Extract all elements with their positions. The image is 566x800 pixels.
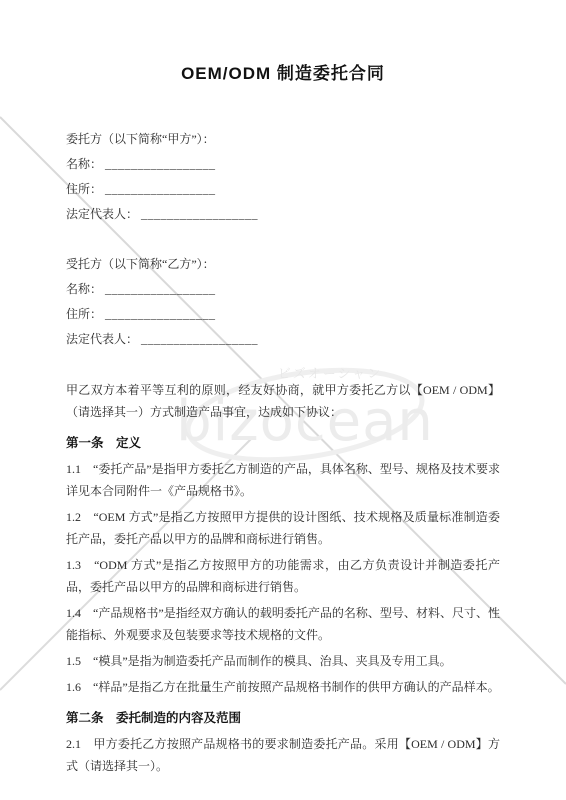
party-a-representative-row: 法定代表人： __________________ xyxy=(66,202,500,227)
party-a-representative-blank: __________________ xyxy=(141,207,258,221)
party-a-name-label: 名称： xyxy=(66,157,102,171)
party-a-name-blank: _________________ xyxy=(105,157,216,171)
document-content: OEM/ODM 制造委托合同 委托方（以下简称“甲方”）： 名称： ______… xyxy=(66,0,500,777)
party-a-address-row: 住所： _________________ xyxy=(66,177,500,202)
clause-2-1: 2.1 甲方委托乙方按照产品规格书的要求制造委托产品。采用【OEM / ODM】… xyxy=(66,733,500,777)
party-b-address-row: 住所： _________________ xyxy=(66,302,500,327)
party-a-heading: 委托方（以下简称“甲方”）： xyxy=(66,127,500,152)
party-b-name-row: 名称： _________________ xyxy=(66,277,500,302)
contract-document-page: ビズオーシャン bizocean OEM/ODM 制造委托合同 委托方（以下简称… xyxy=(0,0,566,800)
section-2-heading: 第二条 委托制造的内容及范围 xyxy=(66,707,500,729)
party-a-name-row: 名称： _________________ xyxy=(66,152,500,177)
party-b-representative-blank: __________________ xyxy=(141,332,258,346)
party-a-address-label: 住所： xyxy=(66,182,102,196)
clause-1-4: 1.4 “产品规格书”是指经双方确认的载明委托产品的名称、型号、材料、尺寸、性能… xyxy=(66,602,500,646)
section-1-heading: 第一条 定义 xyxy=(66,432,500,454)
party-b-name-blank: _________________ xyxy=(105,282,216,296)
clause-1-2: 1.2 “OEM 方式”是指乙方按照甲方提供的设计图纸、技术规格及质量标准制造委… xyxy=(66,506,500,550)
clause-1-5: 1.5 “模具”是指为制造委托产品而制作的模具、治具、夹具及专用工具。 xyxy=(66,650,500,672)
clause-1-1: 1.1 “委托产品”是指甲方委托乙方制造的产品，具体名称、型号、规格及技术要求详… xyxy=(66,458,500,502)
party-b-representative-label: 法定代表人： xyxy=(66,332,138,346)
party-b-name-label: 名称： xyxy=(66,282,102,296)
clause-1-3: 1.3 “ODM 方式”是指乙方按照甲方的功能需求，由乙方负责设计并制造委托产品… xyxy=(66,554,500,598)
document-title: OEM/ODM 制造委托合同 xyxy=(66,62,500,86)
intro-paragraph: 甲乙双方本着平等互利的原则，经友好协商，就甲方委托乙方以【OEM / ODM】（… xyxy=(66,379,500,423)
party-a-address-blank: _________________ xyxy=(105,182,216,196)
party-b-heading: 受托方（以下简称“乙方”）： xyxy=(66,252,500,277)
clause-1-6: 1.6 “样品”是指乙方在批量生产前按照产品规格书制作的供甲方确认的产品样本。 xyxy=(66,676,500,698)
party-b-representative-row: 法定代表人： __________________ xyxy=(66,327,500,352)
party-b-block: 受托方（以下简称“乙方”）： 名称： _________________ 住所：… xyxy=(66,252,500,352)
party-a-block: 委托方（以下简称“甲方”）： 名称： _________________ 住所：… xyxy=(66,127,500,227)
party-b-address-blank: _________________ xyxy=(105,307,216,321)
party-a-representative-label: 法定代表人： xyxy=(66,207,138,221)
party-b-address-label: 住所： xyxy=(66,307,102,321)
